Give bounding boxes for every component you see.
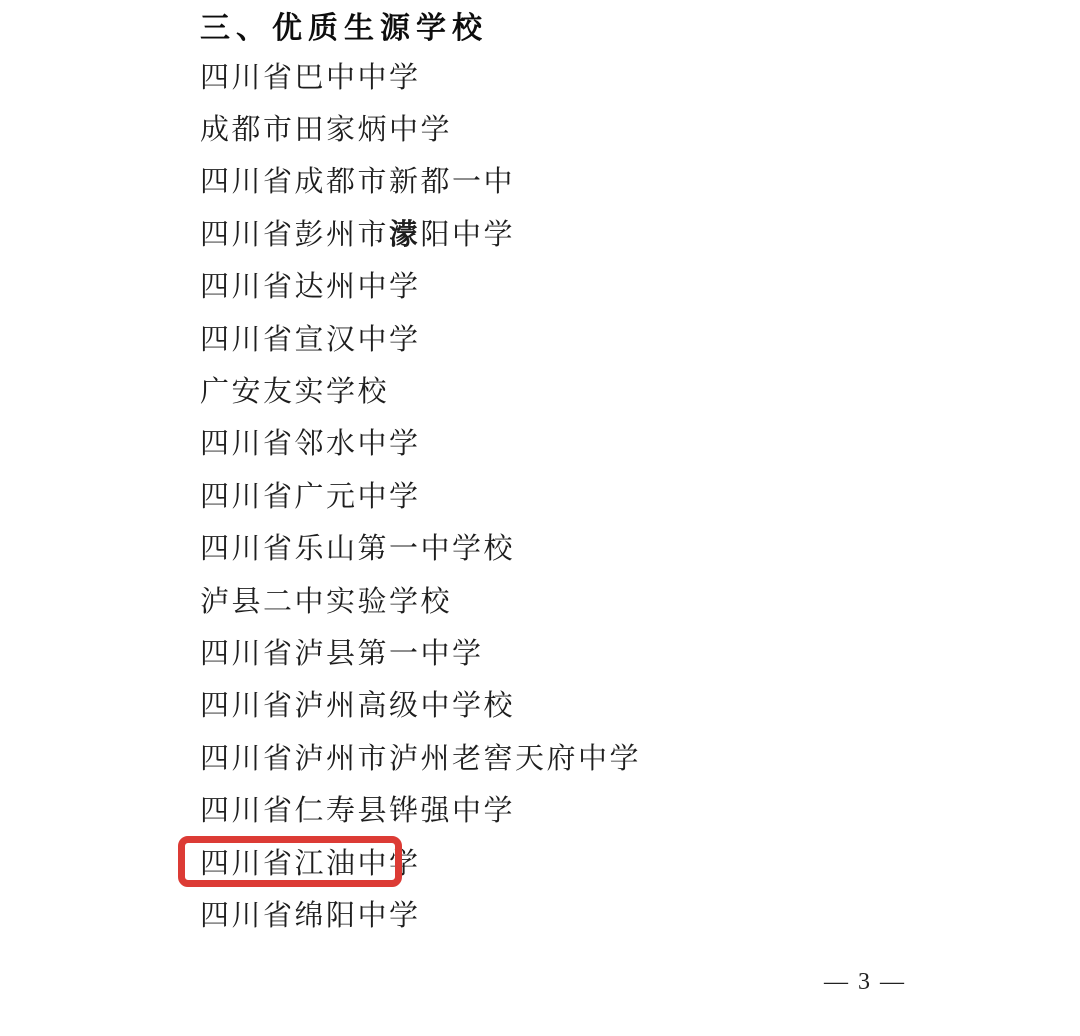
school-list-item: 四川省广元中学: [200, 468, 641, 520]
school-name: 四川省泸州高级中学校: [200, 683, 515, 724]
school-list-item: 四川省泸州市泸州老窖天府中学: [200, 730, 641, 782]
school-list-item: 四川省宣汉中学: [200, 311, 641, 363]
school-name: 四川省彭州市: [200, 212, 389, 253]
school-name: 四川省达州中学: [200, 264, 421, 305]
school-list-item: 广安友实学校: [200, 363, 641, 415]
school-list-item: 四川省达州中学: [200, 259, 641, 311]
school-list-item: 四川省彭州市濛阳中学: [200, 206, 641, 258]
document-page: { "document": { "title": "三、优质生源学校", "hi…: [0, 0, 1080, 1036]
page-number: — 3 —: [824, 969, 906, 996]
school-list-item: 四川省巴中中学: [200, 49, 641, 101]
school-list-item: 四川省仁寿县铧强中学: [200, 782, 641, 834]
school-name: 成都市田家炳中学: [200, 107, 452, 148]
school-name-suffix: 阳中学: [421, 212, 516, 253]
section-heading: 三、优质生源学校: [200, 0, 641, 49]
school-list-item: 成都市田家炳中学: [200, 101, 641, 153]
school-list-item: 四川省邻水中学: [200, 416, 641, 468]
school-name: 四川省成都市新都一中: [200, 159, 515, 200]
school-list-item: 四川省乐山第一中学校: [200, 521, 641, 573]
school-name: 四川省泸县第一中学: [200, 631, 484, 672]
school-list-item: 四川省泸州高级中学校: [200, 678, 641, 730]
document-body: 三、优质生源学校 四川省巴中中学 成都市田家炳中学 四川省成都市新都一中 四川省…: [200, 0, 641, 940]
school-name-bold-char: 濛: [389, 212, 421, 253]
school-name: 四川省邻水中学: [200, 421, 421, 462]
school-name: 泸县二中实验学校: [200, 579, 452, 620]
school-name: 四川省泸州市泸州老窖天府中学: [200, 736, 641, 777]
school-name: 四川省巴中中学: [200, 55, 421, 96]
school-name: 四川省宣汉中学: [200, 317, 421, 358]
school-name: 四川省仁寿县铧强中学: [200, 788, 515, 829]
school-list-item: 泸县二中实验学校: [200, 573, 641, 625]
school-name: 四川省绵阳中学: [200, 893, 421, 934]
school-list-item: 四川省成都市新都一中: [200, 154, 641, 206]
school-name: 四川省乐山第一中学校: [200, 526, 515, 567]
school-name: 四川省江油中学: [200, 841, 421, 882]
school-name: 广安友实学校: [200, 369, 389, 410]
school-list-item-highlighted: 四川省江油中学: [200, 835, 641, 887]
school-name: 四川省广元中学: [200, 474, 421, 515]
school-list-item: 四川省泸县第一中学: [200, 625, 641, 677]
school-list-item: 四川省绵阳中学: [200, 887, 641, 939]
